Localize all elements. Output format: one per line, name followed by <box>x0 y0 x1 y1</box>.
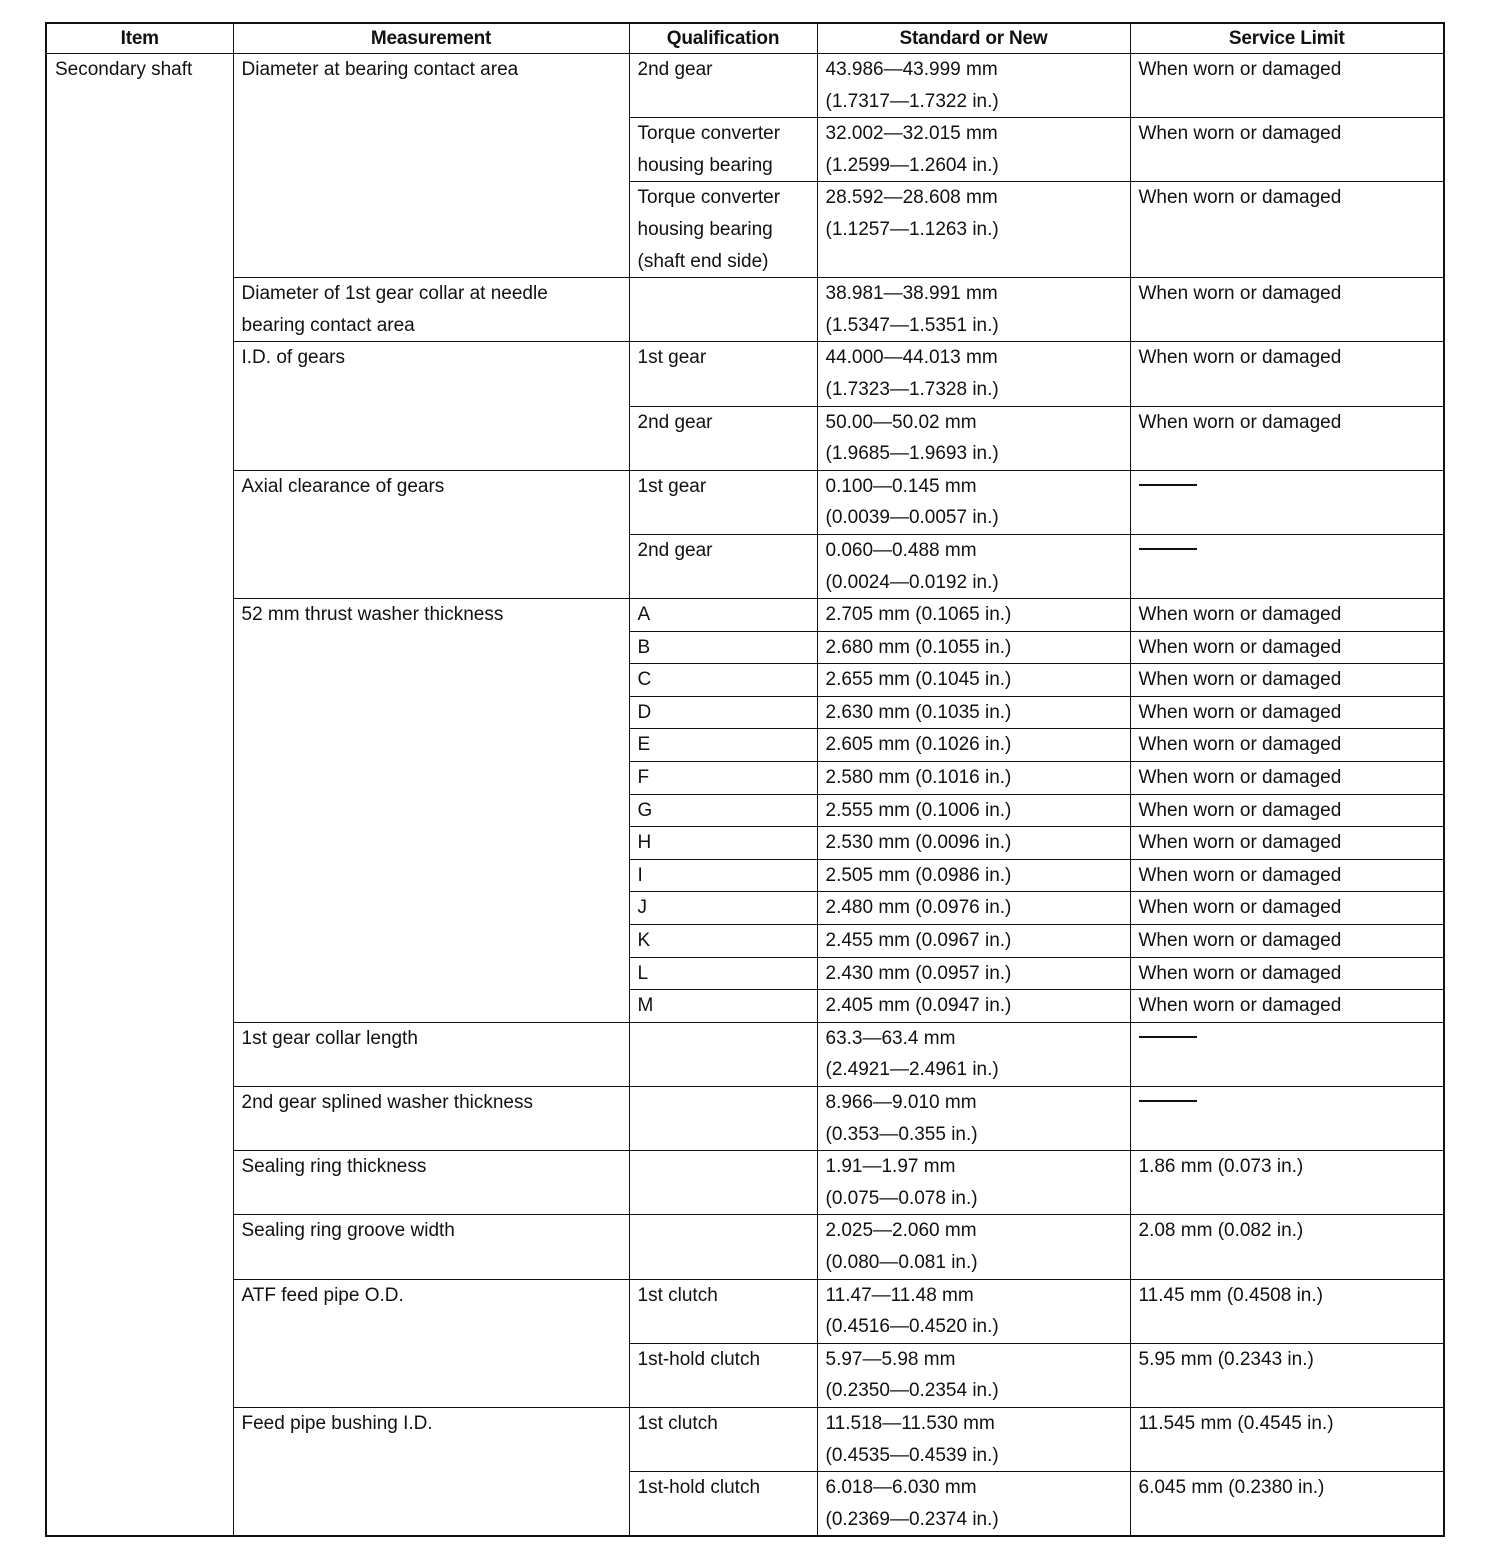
measurement-text: Feed pipe bushing I.D. <box>242 1408 621 1440</box>
qualification-text: C <box>638 664 809 696</box>
header-qualification: Qualification <box>629 23 817 54</box>
qualification-cell: D <box>629 696 817 729</box>
service-limit-cell: When worn or damaged <box>1130 729 1444 762</box>
qualification-text: (shaft end side) <box>638 246 809 278</box>
measurement-cell: 52 mm thrust washer thickness <box>233 599 629 1023</box>
standard-value: 8.966—9.010 mm <box>826 1087 1122 1119</box>
measurement-cell: ATF feed pipe O.D. <box>233 1279 629 1407</box>
standard-value: 38.981—38.991 mm <box>826 278 1122 310</box>
qualification-text: 2nd gear <box>638 407 809 439</box>
standard-value: 11.47—11.48 mm <box>826 1280 1122 1312</box>
standard-cell: 63.3—63.4 mm(2.4921—2.4961 in.) <box>817 1022 1130 1086</box>
service-limit-cell: When worn or damaged <box>1130 54 1444 118</box>
qualification-cell: I <box>629 859 817 892</box>
qualification-cell <box>629 1022 817 1086</box>
service-limit-value: When worn or damaged <box>1139 669 1342 690</box>
standard-value: 2.580 mm (0.1016 in.) <box>826 762 1122 794</box>
measurement-text: Sealing ring thickness <box>242 1151 621 1183</box>
measurement-cell: 1st gear collar length <box>233 1022 629 1086</box>
measurement-cell: I.D. of gears <box>233 342 629 470</box>
standard-value: (1.1257—1.1263 in.) <box>826 214 1122 246</box>
service-limit-cell: 5.95 mm (0.2343 in.) <box>1130 1343 1444 1407</box>
no-limit-dash <box>1139 548 1197 550</box>
service-limit-cell: When worn or damaged <box>1130 696 1444 729</box>
standard-value: (1.7323—1.7328 in.) <box>826 374 1122 406</box>
measurement-cell: Sealing ring groove width <box>233 1215 629 1279</box>
qualification-text: 1st clutch <box>638 1280 809 1312</box>
standard-value: (1.9685—1.9693 in.) <box>826 438 1122 470</box>
standard-cell: 2.505 mm (0.0986 in.) <box>817 859 1130 892</box>
service-limit-value: When worn or damaged <box>1139 283 1342 304</box>
standard-value: (0.0024—0.0192 in.) <box>826 567 1122 599</box>
qualification-cell <box>629 1151 817 1215</box>
standard-value: 5.97—5.98 mm <box>826 1344 1122 1376</box>
qualification-cell: 1st clutch <box>629 1279 817 1343</box>
qualification-cell: 1st-hold clutch <box>629 1472 817 1537</box>
qualification-cell <box>629 1087 817 1151</box>
service-limit-value: When worn or damaged <box>1139 59 1342 80</box>
standard-value: 2.605 mm (0.1026 in.) <box>826 729 1122 761</box>
standard-cell: 32.002—32.015 mm(1.2599—1.2604 in.) <box>817 118 1130 182</box>
standard-cell: 2.455 mm (0.0967 in.) <box>817 925 1130 958</box>
qualification-cell: J <box>629 892 817 925</box>
measurement-text: ATF feed pipe O.D. <box>242 1280 621 1312</box>
standard-cell: 2.530 mm (0.0096 in.) <box>817 827 1130 860</box>
service-limit-value: When worn or damaged <box>1139 995 1342 1016</box>
standard-value: 2.025—2.060 mm <box>826 1215 1122 1247</box>
standard-cell: 0.100—0.145 mm(0.0039—0.0057 in.) <box>817 470 1130 534</box>
qualification-cell <box>629 278 817 342</box>
standard-cell: 44.000—44.013 mm(1.7323—1.7328 in.) <box>817 342 1130 406</box>
qualification-cell: K <box>629 925 817 958</box>
standard-value: 11.518—11.530 mm <box>826 1408 1122 1440</box>
qualification-cell: M <box>629 990 817 1023</box>
qualification-text: H <box>638 827 809 859</box>
standard-value: 2.630 mm (0.1035 in.) <box>826 697 1122 729</box>
qualification-cell: A <box>629 599 817 632</box>
measurement-cell: 2nd gear splined washer thickness <box>233 1087 629 1151</box>
standard-value: 2.405 mm (0.0947 in.) <box>826 990 1122 1022</box>
measurement-cell: Axial clearance of gears <box>233 470 629 598</box>
table-row: Diameter of 1st gear collar at needlebea… <box>46 278 1444 342</box>
standard-cell: 1.91—1.97 mm(0.075—0.078 in.) <box>817 1151 1130 1215</box>
standard-value: 44.000—44.013 mm <box>826 342 1122 374</box>
service-limit-cell: When worn or damaged <box>1130 631 1444 664</box>
service-limit-cell: When worn or damaged <box>1130 406 1444 470</box>
standard-cell: 11.518—11.530 mm(0.4535—0.4539 in.) <box>817 1407 1130 1471</box>
service-limit-value: When worn or damaged <box>1139 187 1342 208</box>
standard-value: (1.7317—1.7322 in.) <box>826 86 1122 118</box>
service-limit-value: When worn or damaged <box>1139 702 1342 723</box>
qualification-text: M <box>638 990 809 1022</box>
service-limit-value: When worn or damaged <box>1139 637 1342 658</box>
qualification-text: 1st gear <box>638 342 809 374</box>
table-row: I.D. of gears1st gear44.000—44.013 mm(1.… <box>46 342 1444 406</box>
qualification-cell: 2nd gear <box>629 534 817 598</box>
measurement-text: Sealing ring groove width <box>242 1215 621 1247</box>
qualification-text: E <box>638 729 809 761</box>
service-limit-cell: When worn or damaged <box>1130 182 1444 278</box>
standard-value: 2.480 mm (0.0976 in.) <box>826 892 1122 924</box>
service-limit-cell: 11.545 mm (0.4545 in.) <box>1130 1407 1444 1471</box>
service-limit-value: When worn or damaged <box>1139 734 1342 755</box>
qualification-cell: Torque converterhousing bearing <box>629 118 817 182</box>
standard-value: 2.680 mm (0.1055 in.) <box>826 632 1122 664</box>
service-limit-value: 2.08 mm (0.082 in.) <box>1139 1220 1304 1241</box>
qualification-cell: 2nd gear <box>629 406 817 470</box>
qualification-text: A <box>638 599 809 631</box>
no-limit-dash <box>1139 1100 1197 1102</box>
table-row: Axial clearance of gears1st gear0.100—0.… <box>46 470 1444 534</box>
measurement-text: I.D. of gears <box>242 342 621 374</box>
standard-cell: 0.060—0.488 mm(0.0024—0.0192 in.) <box>817 534 1130 598</box>
measurement-text: Diameter at bearing contact area <box>242 54 621 86</box>
standard-cell: 2.405 mm (0.0947 in.) <box>817 990 1130 1023</box>
standard-value: 43.986—43.999 mm <box>826 54 1122 86</box>
service-limit-cell <box>1130 470 1444 534</box>
qualification-cell: E <box>629 729 817 762</box>
table-row: Sealing ring groove width2.025—2.060 mm(… <box>46 1215 1444 1279</box>
header-measurement: Measurement <box>233 23 629 54</box>
qualification-cell: 1st gear <box>629 470 817 534</box>
qualification-text: 1st clutch <box>638 1408 809 1440</box>
standard-value: 2.555 mm (0.1006 in.) <box>826 795 1122 827</box>
service-limit-cell: When worn or damaged <box>1130 278 1444 342</box>
qualification-cell <box>629 1215 817 1279</box>
service-limit-value: When worn or damaged <box>1139 412 1342 433</box>
qualification-text: 2nd gear <box>638 535 809 567</box>
qualification-text: 1st-hold clutch <box>638 1344 809 1376</box>
measurement-cell: Sealing ring thickness <box>233 1151 629 1215</box>
service-limit-cell: When worn or damaged <box>1130 762 1444 795</box>
qualification-cell: C <box>629 664 817 697</box>
service-limit-cell: 6.045 mm (0.2380 in.) <box>1130 1472 1444 1537</box>
standard-value: (0.0039—0.0057 in.) <box>826 502 1122 534</box>
standard-value: (0.4516—0.4520 in.) <box>826 1311 1122 1343</box>
qualification-cell: 1st-hold clutch <box>629 1343 817 1407</box>
standard-cell: 43.986—43.999 mm(1.7317—1.7322 in.) <box>817 54 1130 118</box>
qualification-cell: 1st clutch <box>629 1407 817 1471</box>
standard-value: 50.00—50.02 mm <box>826 407 1122 439</box>
standard-value: 2.455 mm (0.0967 in.) <box>826 925 1122 957</box>
standard-cell: 2.480 mm (0.0976 in.) <box>817 892 1130 925</box>
standard-value: (0.075—0.078 in.) <box>826 1183 1122 1215</box>
table-row: 52 mm thrust washer thicknessA2.705 mm (… <box>46 599 1444 632</box>
service-limit-cell: When worn or damaged <box>1130 664 1444 697</box>
standard-value: 28.592—28.608 mm <box>826 182 1122 214</box>
qualification-cell: Torque converterhousing bearing(shaft en… <box>629 182 817 278</box>
service-limit-cell <box>1130 1022 1444 1086</box>
qualification-text: D <box>638 697 809 729</box>
service-limit-cell <box>1130 534 1444 598</box>
measurement-cell: Diameter at bearing contact area <box>233 54 629 278</box>
standard-value: (1.2599—1.2604 in.) <box>826 150 1122 182</box>
qualification-text: L <box>638 958 809 990</box>
header-service-limit: Service Limit <box>1130 23 1444 54</box>
measurement-text: Diameter of 1st gear collar at needle <box>242 278 621 310</box>
service-limit-cell: When worn or damaged <box>1130 859 1444 892</box>
service-limit-cell: 11.45 mm (0.4508 in.) <box>1130 1279 1444 1343</box>
standard-value: (0.2369—0.2374 in.) <box>826 1504 1122 1536</box>
table-body: Secondary shaftDiameter at bearing conta… <box>46 54 1444 1537</box>
table-row: 1st gear collar length63.3—63.4 mm(2.492… <box>46 1022 1444 1086</box>
standard-value: 2.655 mm (0.1045 in.) <box>826 664 1122 696</box>
service-limit-value: 5.95 mm (0.2343 in.) <box>1139 1349 1314 1370</box>
standard-value: 2.505 mm (0.0986 in.) <box>826 860 1122 892</box>
standard-cell: 38.981—38.991 mm(1.5347—1.5351 in.) <box>817 278 1130 342</box>
qualification-text: B <box>638 632 809 664</box>
standard-value: 0.100—0.145 mm <box>826 471 1122 503</box>
service-limit-cell <box>1130 1087 1444 1151</box>
qualification-text: 1st-hold clutch <box>638 1472 809 1504</box>
qualification-cell: B <box>629 631 817 664</box>
no-limit-dash <box>1139 1036 1197 1038</box>
standard-value: (0.4535—0.4539 in.) <box>826 1440 1122 1472</box>
qualification-cell: 1st gear <box>629 342 817 406</box>
standard-cell: 2.630 mm (0.1035 in.) <box>817 696 1130 729</box>
no-limit-dash <box>1139 484 1197 486</box>
standard-value: 63.3—63.4 mm <box>826 1023 1122 1055</box>
service-limit-value: 6.045 mm (0.2380 in.) <box>1139 1477 1325 1498</box>
standard-cell: 2.555 mm (0.1006 in.) <box>817 794 1130 827</box>
standard-value: 32.002—32.015 mm <box>826 118 1122 150</box>
qualification-cell: L <box>629 957 817 990</box>
service-limit-value: 11.45 mm (0.4508 in.) <box>1139 1285 1323 1306</box>
measurement-text: 1st gear collar length <box>242 1023 621 1055</box>
qualification-text: housing bearing <box>638 150 809 182</box>
standard-value: 2.430 mm (0.0957 in.) <box>826 958 1122 990</box>
measurement-cell: Feed pipe bushing I.D. <box>233 1407 629 1536</box>
standard-cell: 2.025—2.060 mm(0.080—0.081 in.) <box>817 1215 1130 1279</box>
service-limit-value: When worn or damaged <box>1139 865 1342 886</box>
service-limit-cell: When worn or damaged <box>1130 794 1444 827</box>
qualification-text: I <box>638 860 809 892</box>
standard-cell: 11.47—11.48 mm(0.4516—0.4520 in.) <box>817 1279 1130 1343</box>
standard-cell: 50.00—50.02 mm(1.9685—1.9693 in.) <box>817 406 1130 470</box>
standard-value: (1.5347—1.5351 in.) <box>826 310 1122 342</box>
qualification-text: 2nd gear <box>638 54 809 86</box>
measurement-cell: Diameter of 1st gear collar at needlebea… <box>233 278 629 342</box>
header-standard: Standard or New <box>817 23 1130 54</box>
service-limit-value: When worn or damaged <box>1139 963 1342 984</box>
qualification-text: Torque converter <box>638 182 809 214</box>
qualification-text: 1st gear <box>638 471 809 503</box>
measurement-text: Axial clearance of gears <box>242 471 621 503</box>
service-limit-cell: 2.08 mm (0.082 in.) <box>1130 1215 1444 1279</box>
standard-value: 0.060—0.488 mm <box>826 535 1122 567</box>
qualification-cell: 2nd gear <box>629 54 817 118</box>
standard-value: (0.353—0.355 in.) <box>826 1119 1122 1151</box>
standard-cell: 2.430 mm (0.0957 in.) <box>817 957 1130 990</box>
table-row: Feed pipe bushing I.D.1st clutch11.518—1… <box>46 1407 1444 1471</box>
qualification-cell: F <box>629 762 817 795</box>
standard-cell: 2.680 mm (0.1055 in.) <box>817 631 1130 664</box>
service-limit-value: When worn or damaged <box>1139 897 1342 918</box>
standard-cell: 6.018—6.030 mm(0.2369—0.2374 in.) <box>817 1472 1130 1537</box>
service-limit-cell: When worn or damaged <box>1130 342 1444 406</box>
qualification-text: K <box>638 925 809 957</box>
service-limit-value: When worn or damaged <box>1139 123 1342 144</box>
service-limit-value: When worn or damaged <box>1139 604 1342 625</box>
service-limit-value: When worn or damaged <box>1139 930 1342 951</box>
standard-cell: 2.605 mm (0.1026 in.) <box>817 729 1130 762</box>
qualification-text: F <box>638 762 809 794</box>
standard-value: (0.2350—0.2354 in.) <box>826 1375 1122 1407</box>
service-limit-value: When worn or damaged <box>1139 347 1342 368</box>
table-row: ATF feed pipe O.D.1st clutch11.47—11.48 … <box>46 1279 1444 1343</box>
service-limit-cell: When worn or damaged <box>1130 827 1444 860</box>
qualification-text: J <box>638 892 809 924</box>
measurement-text: 2nd gear splined washer thickness <box>242 1087 621 1119</box>
service-limit-cell: When worn or damaged <box>1130 599 1444 632</box>
standard-value: 6.018—6.030 mm <box>826 1472 1122 1504</box>
qualification-text: G <box>638 795 809 827</box>
service-limit-value: When worn or damaged <box>1139 832 1342 853</box>
service-limit-cell: When worn or damaged <box>1130 990 1444 1023</box>
standard-value: (0.080—0.081 in.) <box>826 1247 1122 1279</box>
qualification-cell: H <box>629 827 817 860</box>
standard-cell: 28.592—28.608 mm(1.1257—1.1263 in.) <box>817 182 1130 278</box>
item-cell: Secondary shaft <box>46 54 233 1537</box>
table-row: Sealing ring thickness1.91—1.97 mm(0.075… <box>46 1151 1444 1215</box>
header-item: Item <box>46 23 233 54</box>
standard-cell: 8.966—9.010 mm(0.353—0.355 in.) <box>817 1087 1130 1151</box>
standard-value: 2.530 mm (0.0096 in.) <box>826 827 1122 859</box>
table-row: Secondary shaftDiameter at bearing conta… <box>46 54 1444 118</box>
table-row: 2nd gear splined washer thickness8.966—9… <box>46 1087 1444 1151</box>
specification-table: Item Measurement Qualification Standard … <box>45 22 1445 1537</box>
qualification-cell: G <box>629 794 817 827</box>
service-limit-value: When worn or damaged <box>1139 767 1342 788</box>
standard-cell: 2.705 mm (0.1065 in.) <box>817 599 1130 632</box>
qualification-text: Torque converter <box>638 118 809 150</box>
standard-value: 1.91—1.97 mm <box>826 1151 1122 1183</box>
service-limit-cell: 1.86 mm (0.073 in.) <box>1130 1151 1444 1215</box>
service-limit-cell: When worn or damaged <box>1130 892 1444 925</box>
header-row: Item Measurement Qualification Standard … <box>46 23 1444 54</box>
service-limit-value: When worn or damaged <box>1139 800 1342 821</box>
service-limit-cell: When worn or damaged <box>1130 957 1444 990</box>
service-limit-cell: When worn or damaged <box>1130 925 1444 958</box>
service-limit-value: 1.86 mm (0.073 in.) <box>1139 1156 1304 1177</box>
standard-cell: 2.580 mm (0.1016 in.) <box>817 762 1130 795</box>
measurement-text: bearing contact area <box>242 310 621 342</box>
standard-cell: 5.97—5.98 mm(0.2350—0.2354 in.) <box>817 1343 1130 1407</box>
service-limit-value: 11.545 mm (0.4545 in.) <box>1139 1413 1334 1434</box>
standard-value: 2.705 mm (0.1065 in.) <box>826 599 1122 631</box>
standard-cell: 2.655 mm (0.1045 in.) <box>817 664 1130 697</box>
service-limit-cell: When worn or damaged <box>1130 118 1444 182</box>
qualification-text: housing bearing <box>638 214 809 246</box>
standard-value: (2.4921—2.4961 in.) <box>826 1054 1122 1086</box>
measurement-text: 52 mm thrust washer thickness <box>242 599 621 631</box>
